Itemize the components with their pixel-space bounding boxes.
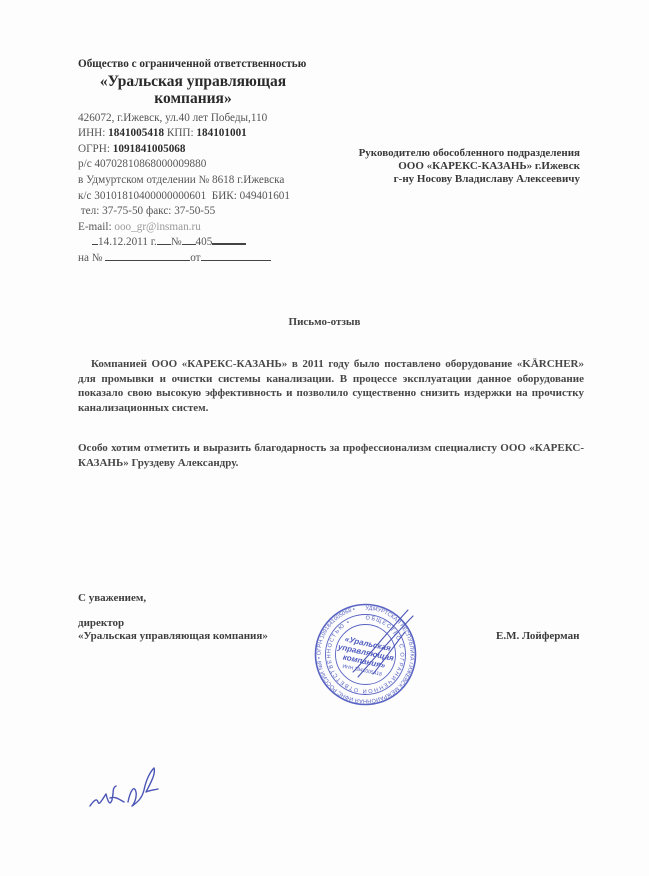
stamp-seal-icon: УДМУРТСКАЯ РЕСПУБЛИКА г.ИЖЕВСК МЕЖРАЙОНН… [313, 602, 418, 707]
letter-date: 14.12.2011 г. [98, 236, 157, 248]
phone-fax: тел: 37-75-50 факс: 37-50-55 [78, 204, 328, 220]
org-ogrn: ОГРН: 1091841005068 [78, 142, 328, 158]
inn-value: 1841005418 [108, 127, 164, 139]
org-inn-kpp: ИНН: 1841005418 КПП: 184101001 [78, 126, 328, 142]
kpp-value: 184101001 [196, 127, 246, 139]
org-name-line1: «Уральская управляющая [78, 73, 308, 90]
addressee-name: г-ну Носову Владиславу Алексеевичу [338, 173, 580, 186]
addressee-company: ООО «КАРЕКС-КАЗАНЬ» г.Ижевск [338, 160, 580, 173]
signer-name: Е.М. Лойферман [496, 630, 579, 642]
letterhead: Общество с ограниченной ответственностью… [78, 57, 328, 267]
signer-company: «Уральская управляющая компания» [78, 630, 268, 642]
letter-number: 405 [196, 236, 213, 248]
org-name-line2: компания» [78, 90, 308, 107]
bank-name: в Удмуртском отделении № 8618 г.Ижевска [78, 173, 328, 189]
email-link[interactable]: ooo_gr@insman.ru [114, 221, 200, 233]
company-stamp: УДМУРТСКАЯ РЕСПУБЛИКА г.ИЖЕВСК МЕЖРАЙОНН… [313, 602, 418, 707]
reply-line: на № от [78, 251, 328, 267]
corr-account-bik: к/с 30101810400000000601 БИК: 049401601 [78, 189, 328, 205]
addressee-position: Руководителю обособленного подразделения [338, 147, 580, 160]
org-type: Общество с ограниченной ответственностью [78, 57, 328, 73]
ogrn-value: 1091841005068 [113, 143, 186, 155]
date-number-line: 14.12.2011 г.№405 [78, 235, 328, 251]
signer-position: директор [78, 617, 124, 629]
closing: С уважением, [78, 592, 146, 604]
bank-account: р/с 40702810868000009880 [78, 157, 328, 173]
email-line: E-mail: ooo_gr@insman.ru [78, 220, 328, 236]
addressee-block: Руководителю обособленного подразделения… [338, 147, 580, 186]
handwritten-initials [88, 762, 168, 812]
letter-page: Общество с ограниченной ответственностью… [0, 0, 649, 876]
signature-icon [88, 762, 168, 812]
letter-paragraph-1: Компанией ООО «КАРЕКС-КАЗАНЬ» в 2011 год… [78, 357, 584, 415]
letter-title: Письмо-отзыв [0, 316, 649, 328]
org-address: 426072, г.Ижевск, ул.40 лет Победы,110 [78, 111, 328, 127]
letter-paragraph-2: Особо хотим отметить и выразить благодар… [78, 441, 584, 470]
